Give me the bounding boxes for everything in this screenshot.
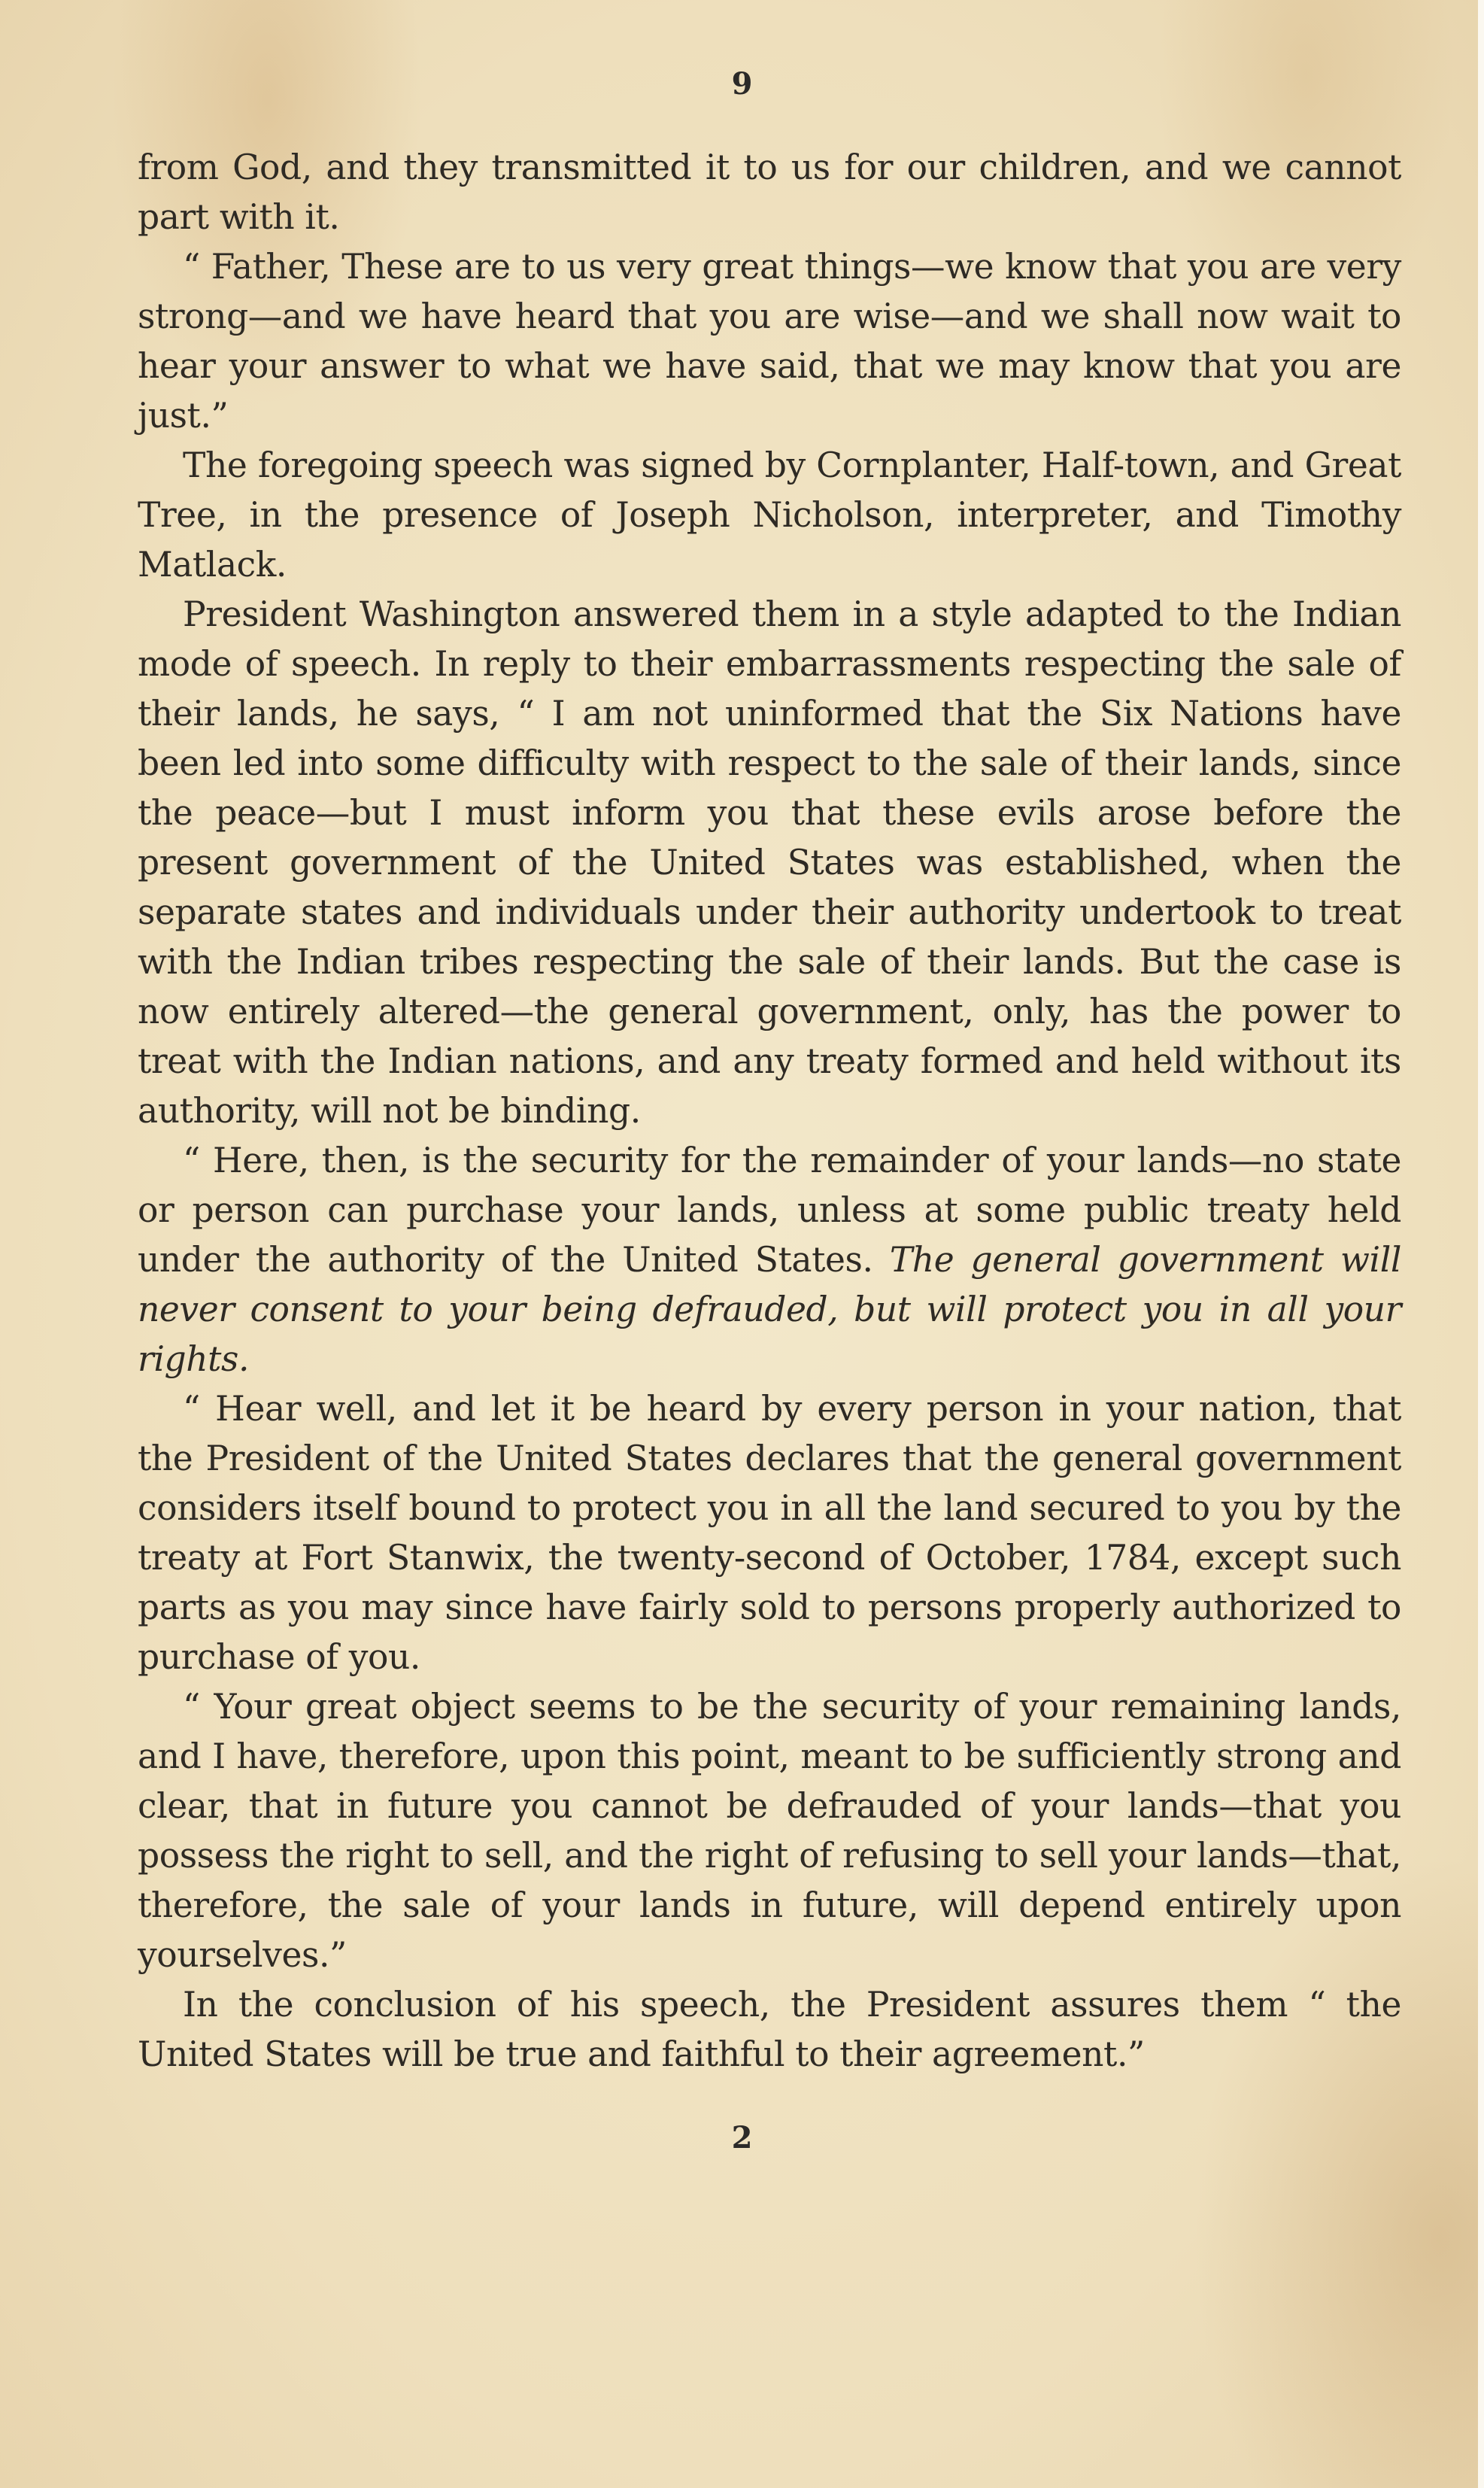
paragraph-great-object: “ Your great object seems to be the secu… [138,1682,1401,1980]
paragraph-washington-answer: President Washington answered them in a … [138,590,1401,1136]
signature-mark: 2 [0,2120,1484,2155]
paragraph-hear-well: “ Hear well, and let it be heard by ever… [138,1384,1401,1682]
page-number: 9 [0,66,1484,102]
book-page: 9 from God, and they transmitted it to u… [0,0,1484,2488]
paragraph-continuation: from God, and they transmitted it to us … [138,143,1401,242]
paragraph-father-quote: “ Father, These are to us very great thi… [138,242,1401,441]
page-edge [1478,0,1484,2488]
paragraph-security-of-lands: “ Here, then, is the security for the re… [138,1136,1401,1384]
paragraph-conclusion: In the conclusion of his speech, the Pre… [138,1980,1401,2079]
body-text: from God, and they transmitted it to us … [138,143,1401,2079]
paragraph-signatories: The foregoing speech was signed by Cornp… [138,441,1401,590]
